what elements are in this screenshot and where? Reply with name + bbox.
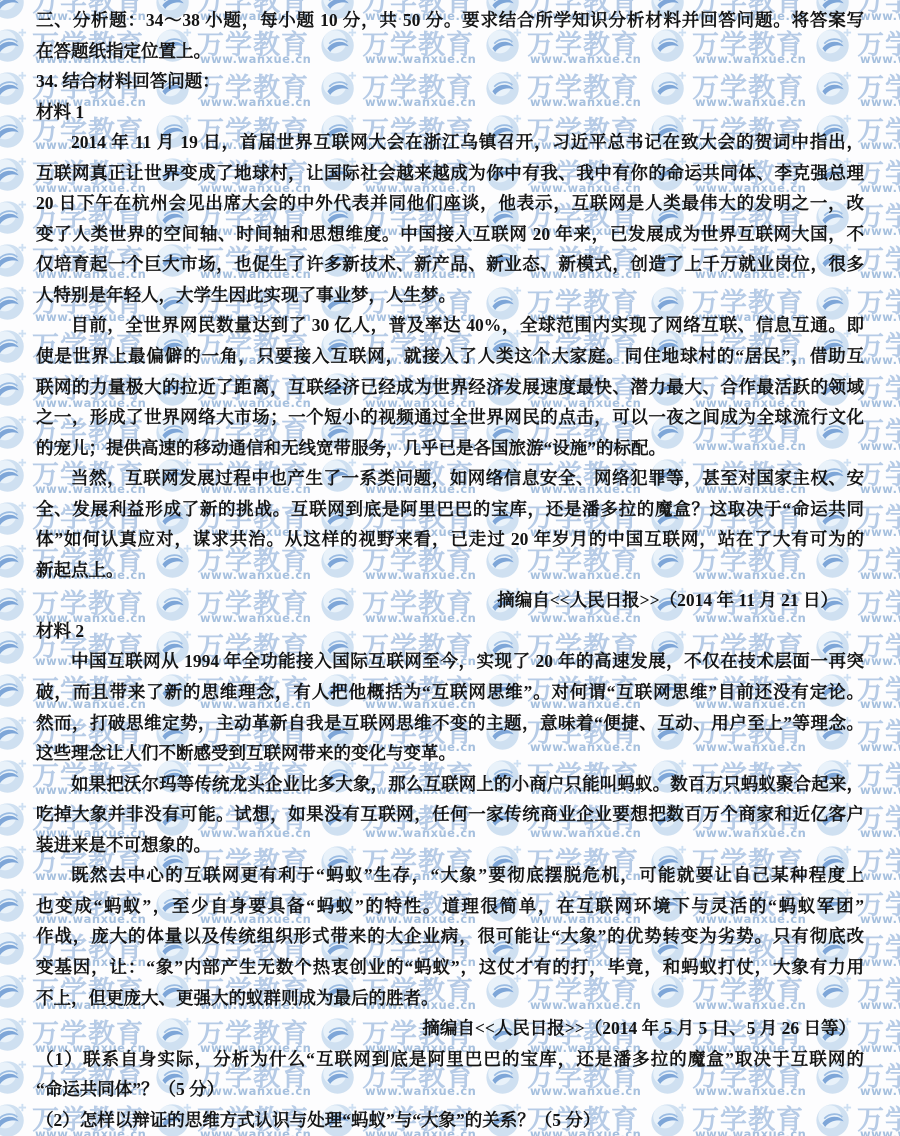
m1-p1-line-2: 互联网真正让世界变成了地球村，让国际社会越来越成为你中有我、我中有你的命运共同体…	[36, 158, 864, 189]
wanxue-logo-icon	[0, 844, 27, 881]
watermark-url-text: www.wanxue.cn	[860, 439, 900, 453]
m2-p2-line-2: 吃掉大象并非没有可能。试想，如果没有互联网，任何一家传统商业企业要想把数百万个商…	[36, 799, 864, 830]
wanxue-logo-icon	[0, 543, 27, 580]
wanxue-logo-icon	[0, 1059, 27, 1096]
wanxue-logo-icon	[0, 199, 27, 236]
wanxue-logo-icon	[0, 371, 27, 408]
watermark-url-text: www.wanxue.cn	[860, 9, 900, 23]
wanxue-logo-icon	[0, 930, 27, 967]
wanxue-logo-icon	[0, 285, 27, 322]
sub-question-1-line-1: （1）联系自身实际，分析为什么“互联网到底是阿里巴巴的宝库，还是潘多拉的魔盒”取…	[36, 1044, 864, 1075]
m2-p3-line-4: 变基因，让：“象”内部产生无数个热衷创业的“蚂蚁”，这仗才有的打，毕竟，和蚂蚁打…	[36, 952, 864, 983]
watermark-url-text: www.wanxue.cn	[860, 1041, 900, 1055]
sub-question-1-line-2: “命运共同体”？（5 分）	[36, 1074, 864, 1105]
m2-p2-line-3: 装进来是不可想象的。	[36, 830, 864, 861]
watermark-url-text: www.wanxue.cn	[860, 310, 900, 324]
watermark-url-text: www.wanxue.cn	[860, 955, 900, 969]
material-1-label: 材料 1	[36, 97, 864, 128]
m1-p2-line-3: 联网的力量极大的拉近了距离，互联经济已经成为世界经济发展速度最快、潜力最大、合作…	[36, 372, 864, 403]
watermark-url-text: www.wanxue.cn	[860, 138, 900, 152]
watermark-url-text: www.wanxue.cn	[860, 611, 900, 625]
exam-document-text: 三、分析题：34～38 小题，每小题 10 分，共 50 分。要求结合所学知识分…	[36, 5, 864, 1135]
watermark-url-text: www.wanxue.cn	[860, 568, 900, 582]
watermark-url-text: www.wanxue.cn	[860, 224, 900, 238]
section-header-line-1: 三、分析题：34～38 小题，每小题 10 分，共 50 分。要求结合所学知识分…	[36, 5, 864, 36]
wanxue-logo-icon	[0, 1102, 27, 1136]
m2-p3-line-3: 作战，庞大的体量以及传统组织形式带来的大企业病，很可能让“大象”的优势转变为劣势…	[36, 921, 864, 952]
m1-p3-line-4: 新起点上。	[36, 555, 864, 586]
watermark-url-text: www.wanxue.cn	[860, 353, 900, 367]
m1-p1-line-1: 2014 年 11 月 19 日，首届世界互联网大会在浙江乌镇召开，习近平总书记…	[36, 127, 864, 158]
watermark-url-text: www.wanxue.cn	[860, 95, 900, 109]
watermark-url-text: www.wanxue.cn	[860, 654, 900, 668]
m1-p1-line-5: 仅培育起一个巨大市场，也促生了许多新技术、新产品、新业态、新模式，创造了上千万就…	[36, 249, 864, 280]
m1-p1-line-3: 20 日下午在杭州会见出席大会的中外代表并同他们座谈，他表示，互联网是人类最伟大…	[36, 188, 864, 219]
watermark-url-text: www.wanxue.cn	[860, 783, 900, 797]
m2-p3-line-5: 不上，但更庞大、更强大的蚁群则成为最后的胜者。	[36, 983, 864, 1014]
wanxue-logo-icon	[0, 1016, 27, 1053]
wanxue-logo-icon	[0, 801, 27, 838]
m1-p3-line-1: 当然，互联网发展过程中也产生了一系类问题，如网络信息安全、网络犯罪等，甚至对国家…	[36, 463, 864, 494]
section-header-line-2: 在答题纸指定位置上。	[36, 36, 864, 67]
m1-p2-line-1: 目前，全世界网民数量达到了 30 亿人，普及率达 40%，全球范围内实现了网络互…	[36, 310, 864, 341]
watermark-url-text: www.wanxue.cn	[860, 482, 900, 496]
m2-p3-line-2: 也变成“蚂蚁”，至少自身要具备“蚂蚁”的特性。道理很简单，在互联网环境下与灵活的…	[36, 891, 864, 922]
material-2-label: 材料 2	[36, 616, 864, 647]
m1-p2-line-2: 使是世界上最偏僻的一角，只要接入互联网，就接入了人类这个大家庭。同住地球村的“居…	[36, 341, 864, 372]
wanxue-logo-icon	[0, 672, 27, 709]
wanxue-logo-icon	[0, 27, 27, 64]
m1-p3-line-2: 全、发展利益形成了新的挑战。互联网到底是阿里巴巴的宝库，还是潘多拉的魔盒？这取决…	[36, 494, 864, 525]
m2-p3-line-1: 既然去中心的互联网更有利于“蚂蚁”生存，“大象”要彻底摆脱危机，可能就要让自己某…	[36, 860, 864, 891]
m2-p2-line-1: 如果把沃尔玛等传统龙头企业比多大象，那么互联网上的小商户只能叫蚂蚁。数百万只蚂蚁…	[36, 769, 864, 800]
m1-p2-line-4: 之一，形成了世界网络大市场；一个短小的视频通过全世界网民的点击，可以一夜之间成为…	[36, 402, 864, 433]
m1-p1-line-4: 变了人类世界的空间轴、时间轴和思想维度。中国接入互联网 20 年来，已发展成为世…	[36, 219, 864, 250]
wanxue-logo-icon	[0, 629, 27, 666]
m2-p1-line-1: 中国互联网从 1994 年全功能接入国际互联网至今，实现了 20 年的高速发展，…	[36, 646, 864, 677]
watermark-url-text: www.wanxue.cn	[860, 267, 900, 281]
watermark-url-text: www.wanxue.cn	[860, 740, 900, 754]
m1-p2-line-5: 的宠儿；提供高速的移动通信和无线宽带服务，几乎已是各国旅游“设施”的标配。	[36, 433, 864, 464]
m1-p3-line-3: 体”如何认真应对，谋求共治。从这样的视野来看，已走过 20 年岁月的中国互联网，…	[36, 524, 864, 555]
watermark-url-text: www.wanxue.cn	[860, 52, 900, 66]
watermark-url-text: www.wanxue.cn	[860, 998, 900, 1012]
wanxue-logo-icon	[0, 328, 27, 365]
wanxue-logo-icon	[0, 414, 27, 451]
wanxue-logo-icon	[0, 887, 27, 924]
wanxue-logo-icon	[0, 457, 27, 494]
wanxue-logo-icon	[0, 973, 27, 1010]
material-1-citation: 摘编自<<人民日报>>（2014 年 11 月 21 日）	[36, 585, 864, 616]
sub-question-2: （2）怎样以辩证的思维方式认识与处理“蚂蚁”与“大象”的关系？（5 分）	[36, 1105, 864, 1136]
question-34-title: 34. 结合材料回答问题：	[36, 66, 864, 97]
wanxue-logo-icon	[0, 586, 27, 623]
watermark-url-text: www.wanxue.cn	[860, 697, 900, 711]
wanxue-logo-icon	[0, 156, 27, 193]
m2-p1-line-2: 破，而且带来了新的思维理念，有人把他概括为“互联网思维”。对何谓“互联网思维”目…	[36, 677, 864, 708]
m1-p1-line-6: 人特别是年轻人，大学生因此实现了事业梦，人生梦。	[36, 280, 864, 311]
watermark-url-text: www.wanxue.cn	[860, 912, 900, 926]
watermark-url-text: www.wanxue.cn	[860, 869, 900, 883]
watermark-url-text: www.wanxue.cn	[860, 181, 900, 195]
wanxue-logo-icon	[0, 715, 27, 752]
wanxue-logo-icon	[0, 758, 27, 795]
material-2-citation: 摘编自<<人民日报>>（2014 年 5 月 5 日、5 月 26 日等）	[36, 1013, 864, 1044]
wanxue-logo-icon	[0, 113, 27, 150]
watermark-url-text: www.wanxue.cn	[860, 1084, 900, 1098]
wanxue-logo-icon	[0, 242, 27, 279]
watermark-url-text: www.wanxue.cn	[860, 525, 900, 539]
m2-p1-line-3: 然而，打破思维定势，主动革新自我是互联网思维不变的主题，意味着“便捷、互动、用户…	[36, 708, 864, 739]
wanxue-logo-icon	[0, 500, 27, 537]
watermark-url-text: www.wanxue.cn	[860, 396, 900, 410]
wanxue-logo-icon	[0, 0, 27, 21]
watermark-url-text: www.wanxue.cn	[860, 826, 900, 840]
wanxue-logo-icon	[0, 70, 27, 107]
m2-p1-line-4: 这些理念让人们不断感受到互联网带来的变化与变革。	[36, 738, 864, 769]
watermark-url-text: www.wanxue.cn	[860, 1127, 900, 1136]
